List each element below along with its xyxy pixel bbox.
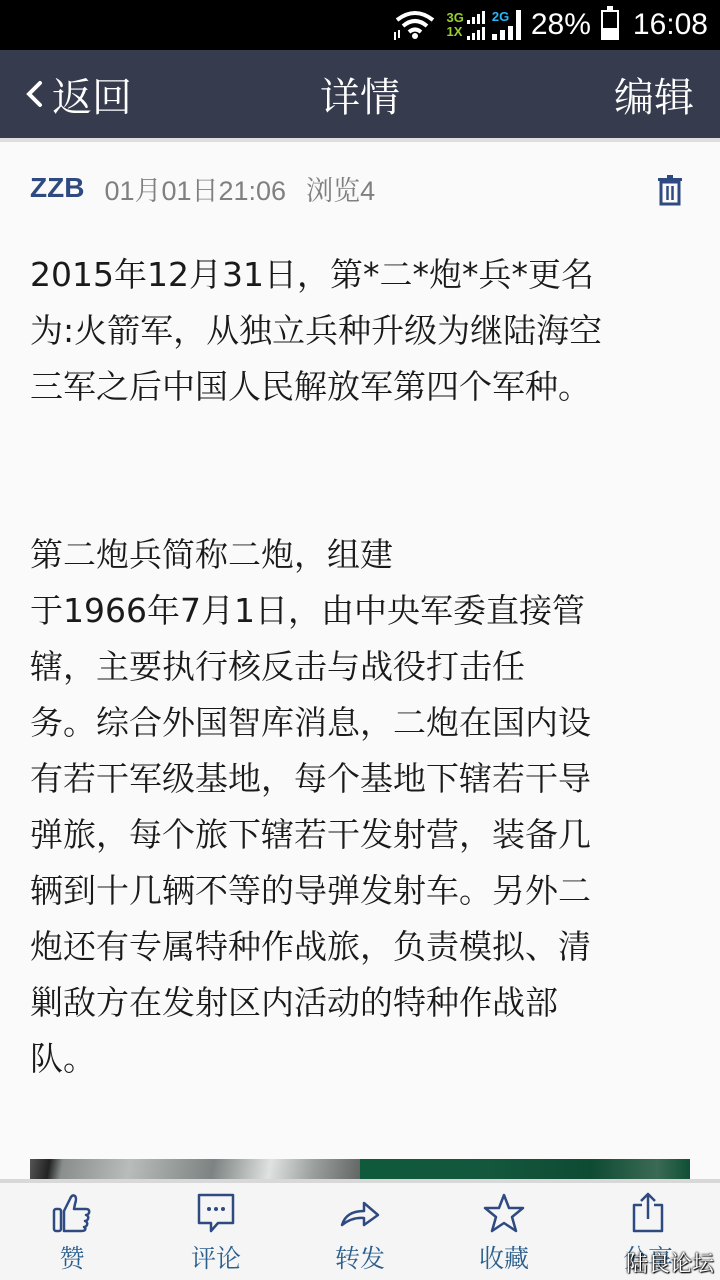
watermark: 陆良论坛 [626, 1247, 714, 1278]
favorite-label: 收藏 [479, 1239, 529, 1275]
favorite-button[interactable]: 收藏 [432, 1183, 576, 1280]
back-label: 返回 [52, 66, 132, 123]
status-bar: 3G 1X 2G 28% 16:08 [0, 0, 720, 50]
view-count: 浏览4 [306, 169, 375, 208]
post-date: 01月01日21:06 [104, 169, 286, 208]
like-button[interactable]: 赞 [0, 1183, 144, 1280]
back-button[interactable]: 返回 [24, 50, 132, 138]
share-icon [626, 1191, 670, 1235]
trash-icon[interactable] [656, 174, 684, 206]
network-type-indicator: 3G 1X [447, 11, 464, 39]
chevron-left-icon [24, 79, 44, 109]
post-content[interactable]: ZZB 01月01日21:06 浏览4 2015年12月31日，第*二*炮*兵*… [0, 142, 720, 1182]
forward-icon [338, 1191, 382, 1235]
comment-icon [194, 1191, 238, 1235]
network-3g-label: 3G [447, 11, 464, 25]
clock: 16:08 [633, 8, 708, 42]
battery-percent: 28% [531, 8, 591, 42]
edit-button[interactable]: 编辑 [614, 50, 694, 138]
post-body: 2015年12月31日，第*二*炮*兵*更名 为:火箭军，从独立兵种升级为继陆海… [30, 247, 680, 1087]
post-meta: ZZB 01月01日21:06 浏览4 [30, 170, 375, 206]
comment-button[interactable]: 评论 [144, 1183, 288, 1280]
network-1x-label: 1X [447, 25, 464, 39]
battery-icon [601, 10, 619, 40]
signal-bars-small-icon [467, 10, 485, 40]
network-2g-label: 2G [492, 10, 509, 24]
nav-bar: 返回 详情 编辑 [0, 50, 720, 138]
like-label: 赞 [59, 1239, 84, 1275]
thumbs-up-icon [50, 1191, 94, 1235]
forward-button[interactable]: 转发 [288, 1183, 432, 1280]
paragraph: 第二炮兵简称二炮，组建 于1966年7月1日，由中央军委直接管 辖，主要执行核反… [30, 527, 680, 1087]
author-name[interactable]: ZZB [30, 172, 84, 204]
paragraph: 2015年12月31日，第*二*炮*兵*更名 为:火箭军，从独立兵种升级为继陆海… [30, 247, 680, 415]
forward-label: 转发 [335, 1239, 385, 1275]
signal-bars-large-icon [516, 10, 521, 40]
comment-label: 评论 [191, 1239, 241, 1275]
bottom-action-bar: 赞 评论 转发 收藏 分享 陆良论坛 [0, 1183, 720, 1280]
star-icon [482, 1191, 526, 1235]
signal-bars-icon [492, 24, 513, 40]
wifi-icon [393, 10, 437, 40]
